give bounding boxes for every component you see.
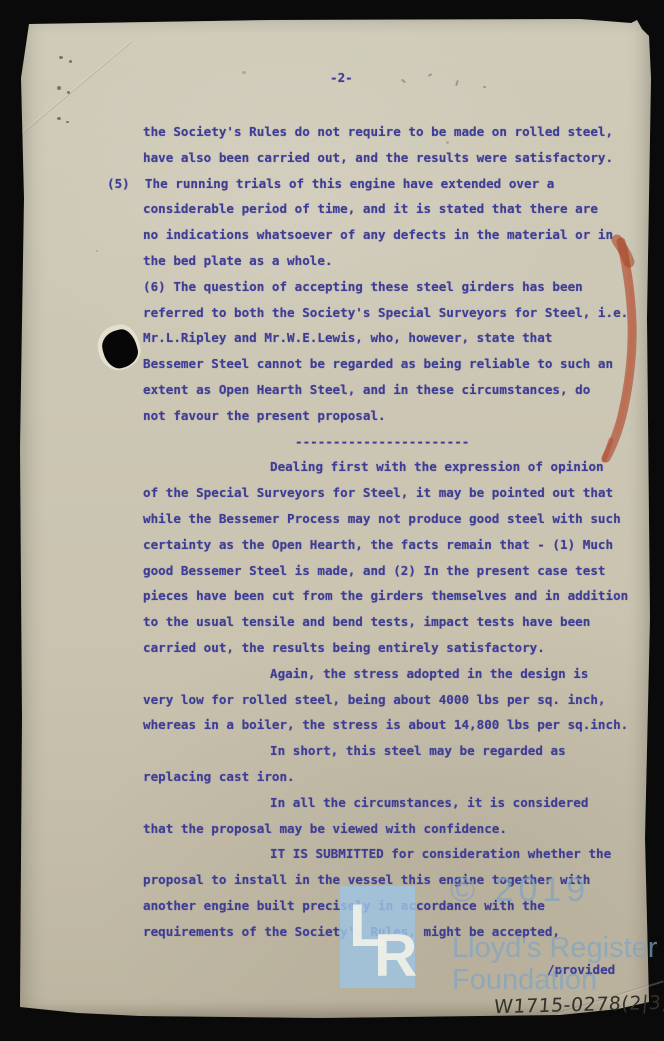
pin-hole bbox=[66, 121, 69, 123]
typed-line: IT IS SUBMITTED for consideration whethe… bbox=[270, 841, 643, 867]
typed-line: In short, this steel may be regarded as bbox=[270, 738, 643, 764]
typed-line: Mr.L.Ripley and Mr.W.E.Lewis, who, howev… bbox=[143, 325, 643, 351]
typed-line: carried out, the results being entirely … bbox=[143, 635, 643, 661]
scan-background: -2- the Society's Rules do not require t… bbox=[0, 0, 664, 1041]
typed-line: extent as Open Hearth Steel, and in thes… bbox=[143, 377, 643, 403]
typed-line: pieces have been cut from the girders th… bbox=[143, 583, 643, 609]
pin-hole bbox=[59, 56, 63, 59]
typed-line: the bed plate as a whole. bbox=[143, 248, 643, 274]
typed-line: In all the circumstances, it is consider… bbox=[270, 790, 643, 816]
pin-hole bbox=[57, 117, 61, 120]
page-number: -2- bbox=[330, 70, 353, 85]
handwritten-reference: W1715-0278(2|3) bbox=[493, 992, 664, 1019]
typed-line: certainty as the Open Hearth, the facts … bbox=[143, 532, 643, 558]
typed-line: no indications whatsoever of any defects… bbox=[143, 222, 643, 248]
typed-line: Dealing first with the expression of opi… bbox=[270, 454, 643, 480]
typed-line: Bessemer Steel cannot be regarded as bei… bbox=[143, 351, 643, 377]
typed-line: Again, the stress adopted in the design … bbox=[270, 661, 643, 687]
typed-line: not favour the present proposal. bbox=[143, 403, 643, 429]
typed-line: (5) The running trials of this engine ha… bbox=[107, 171, 643, 197]
pin-hole bbox=[67, 91, 70, 94]
typed-line: good Bessemer Steel is made, and (2) In … bbox=[143, 558, 643, 584]
typed-line: referred to both the Society's Special S… bbox=[143, 300, 643, 326]
watermark-org-name-line2: Foundation bbox=[452, 964, 597, 997]
paper-speck bbox=[96, 250, 98, 252]
typed-line: very low for rolled steel, being about 4… bbox=[143, 687, 643, 713]
paper-speck bbox=[242, 71, 246, 74]
typed-line: replacing cast iron. bbox=[143, 764, 643, 790]
watermark-copyright: © 2019 bbox=[450, 871, 590, 910]
typed-line: considerable period of time, and it is s… bbox=[143, 196, 643, 222]
typed-line: that the proposal may be viewed with con… bbox=[143, 816, 643, 842]
typed-body: the Society's Rules do not require to be… bbox=[143, 119, 643, 982]
pencil-mark bbox=[483, 86, 486, 88]
pin-hole bbox=[57, 86, 61, 90]
typed-line: whereas in a boiler, the stress is about… bbox=[143, 712, 643, 738]
typed-line: (6) The question of accepting these stee… bbox=[143, 274, 643, 300]
separator-line: ----------------------- bbox=[295, 429, 643, 455]
logo-letter-r: R bbox=[374, 926, 417, 986]
watermark-org-name-line1: Lloyd's Register bbox=[452, 932, 657, 965]
typed-line: of the Special Surveyors for Steel, it m… bbox=[143, 480, 643, 506]
typed-line: to the usual tensile and bend tests, imp… bbox=[143, 609, 643, 635]
typed-line: have also been carried out, and the resu… bbox=[143, 145, 643, 171]
pin-hole bbox=[69, 60, 72, 63]
typed-line: while the Bessemer Process may not produ… bbox=[143, 506, 643, 532]
typed-line: the Society's Rules do not require to be… bbox=[143, 119, 643, 145]
